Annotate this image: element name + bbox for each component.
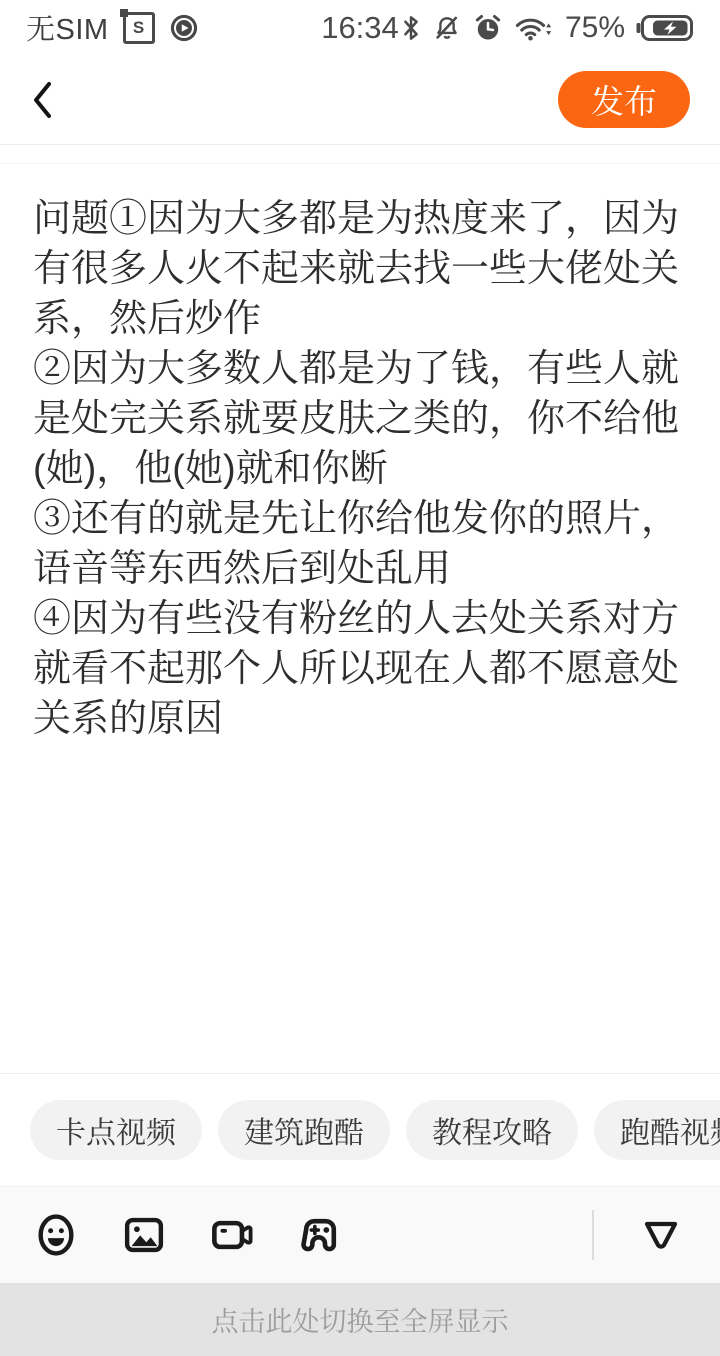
editor-text-line: ③还有的就是先让你给他发你的照片， xyxy=(33,494,702,544)
fullscreen-hint-text: 点击此处切换至全屏显示 xyxy=(212,1300,509,1339)
editor-text-line: 问题①因为大多都是为热度来了，因为 xyxy=(33,194,702,244)
back-button[interactable] xyxy=(30,78,70,122)
emoji-button[interactable] xyxy=(32,1211,80,1259)
image-icon xyxy=(121,1212,167,1258)
editor-text-line: ④因为有些没有粉丝的人去处关系对方 xyxy=(33,594,702,644)
back-chevron-icon xyxy=(30,80,54,120)
mute-bell-icon xyxy=(432,13,462,43)
fullscreen-hint-bar[interactable]: 点击此处切换至全屏显示 xyxy=(0,1283,720,1356)
editor-text-line: 就看不起那个人所以现在人都不愿意处 xyxy=(33,644,702,694)
carrier-label: 无SIM xyxy=(26,7,109,48)
status-right: 75% xyxy=(401,11,694,45)
wifi-icon xyxy=(514,13,552,43)
tag-chip[interactable]: 建筑跑酷 xyxy=(218,1100,390,1160)
battery-charging-icon xyxy=(636,13,694,43)
gamepad-button[interactable] xyxy=(296,1211,344,1259)
editor-text-line: 有很多人火不起来就去找一些大佬处关 xyxy=(33,244,702,294)
status-left: 无SIM S xyxy=(26,7,199,48)
bluetooth-icon xyxy=(401,13,421,43)
title-section-divider xyxy=(0,146,720,164)
editor-toolbar xyxy=(0,1186,720,1283)
publish-button[interactable]: 发布 xyxy=(558,71,690,128)
screenshot-app-icon: S xyxy=(123,12,155,44)
editor-text-line: 系，然后炒作 xyxy=(33,294,702,344)
post-text-editor[interactable]: 问题①因为大多都是为热度来了，因为有很多人火不起来就去找一些大佬处关系，然后炒作… xyxy=(33,164,702,1072)
tag-chip[interactable]: 教程攻略 xyxy=(406,1100,578,1160)
status-bar: 无SIM S 16:34 xyxy=(0,0,720,55)
collapse-triangle-icon xyxy=(639,1216,683,1254)
tag-suggestions-row: 卡点视频建筑跑酷教程攻略跑酷视频 xyxy=(0,1073,720,1186)
editor-text-line: (她)，他(她)就和你断 xyxy=(33,444,702,494)
tag-chip[interactable]: 卡点视频 xyxy=(30,1100,202,1160)
publish-post-screen: 无SIM S 16:34 xyxy=(0,0,720,1356)
battery-percent: 75% xyxy=(565,11,625,45)
editor-text-line: 关系的原因 xyxy=(33,694,702,744)
gamepad-icon xyxy=(297,1212,343,1258)
editor-text-line: 是处完关系就要皮肤之类的，你不给他 xyxy=(33,394,702,444)
toolbar-divider xyxy=(592,1210,594,1260)
media-player-icon xyxy=(169,13,199,43)
video-icon xyxy=(208,1212,256,1258)
emoji-icon xyxy=(33,1211,79,1259)
editor-text-line: ②因为大多数人都是为了钱，有些人就 xyxy=(33,344,702,394)
image-button[interactable] xyxy=(120,1211,168,1259)
header-bar: 发布 xyxy=(0,55,720,145)
collapse-keyboard-button[interactable] xyxy=(638,1214,684,1256)
editor-text-line: 语音等东西然后到处乱用 xyxy=(33,544,702,594)
alarm-clock-icon xyxy=(473,13,503,43)
tag-chip[interactable]: 跑酷视频 xyxy=(594,1100,720,1160)
video-button[interactable] xyxy=(208,1211,256,1259)
